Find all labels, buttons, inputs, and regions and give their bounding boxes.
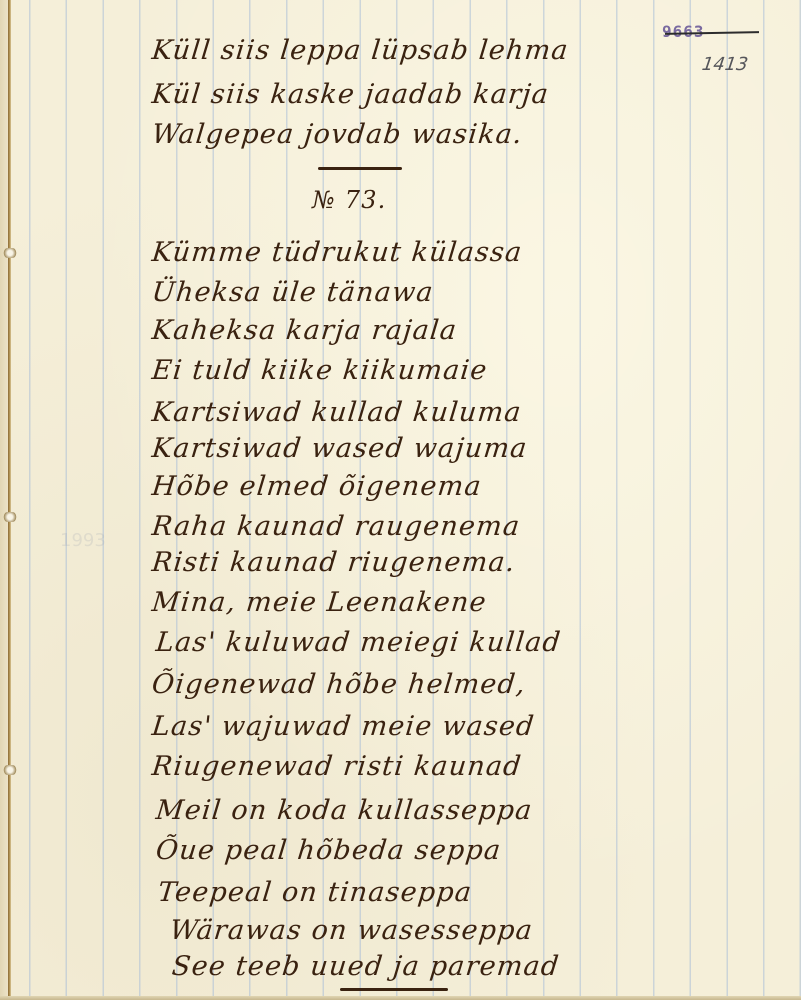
verse-line: Kartsiwad kullad kuluma	[150, 398, 523, 428]
bleed-through-text: 1993	[60, 530, 106, 551]
binding-stitch-icon	[3, 512, 17, 522]
verse-line: Kümme tüdrukut külassa	[150, 238, 524, 268]
verse-line: Küll siis leppa lüpsab lehma	[150, 36, 570, 66]
binding-stitch-icon	[3, 765, 17, 775]
verse-line: Las' wajuwad meie wased	[150, 712, 536, 742]
verse-line: Teepeal on tinaseppa	[156, 878, 473, 908]
verse-line: Üheksa üle tänawa	[150, 278, 435, 308]
verse-line: Õigenewad hõbe helmed,	[150, 670, 527, 700]
verse-line: Kaheksa karja rajala	[150, 316, 458, 346]
verse-line: Walgepea jovdab wasika.	[150, 120, 524, 150]
page-bottom-edge	[0, 996, 801, 1000]
verse-line: Meil on koda kullasseppa	[154, 796, 534, 826]
section-divider	[318, 167, 402, 170]
section-divider	[340, 988, 448, 991]
strikethrough-line	[665, 31, 759, 34]
verse-line: Mina, meie Leenakene	[150, 588, 488, 618]
verse-line: Ei tuld kiike kiikumaie	[150, 356, 489, 386]
verse-line: Wärawas on wasesseppa	[168, 916, 534, 946]
verse-line: Raha kaunad raugenema	[150, 512, 521, 542]
binding-fold-shadow	[0, 0, 8, 1000]
verse-line: Kartsiwad wased wajuma	[150, 434, 529, 464]
song-number: № 73.	[312, 186, 387, 214]
pencil-page-number: 1413	[701, 54, 750, 75]
verse-line: Hõbe elmed õigenema	[150, 472, 483, 502]
binding-fold	[8, 0, 11, 1000]
verse-line: See teeb uued ja paremad	[170, 952, 561, 982]
verse-line: Kül siis kaske jaadab karja	[150, 80, 550, 110]
verse-line: Las' kuluwad meiegi kullad	[154, 628, 562, 658]
manuscript-page: 1993 9663 1413 Küll siis leppa lüpsab le…	[0, 0, 801, 1000]
binding-stitch-icon	[3, 248, 17, 258]
verse-line: Risti kaunad riugenema.	[150, 548, 517, 578]
verse-line: Riugenewad risti kaunad	[150, 752, 523, 782]
verse-line: Õue peal hõbeda seppa	[154, 836, 502, 866]
